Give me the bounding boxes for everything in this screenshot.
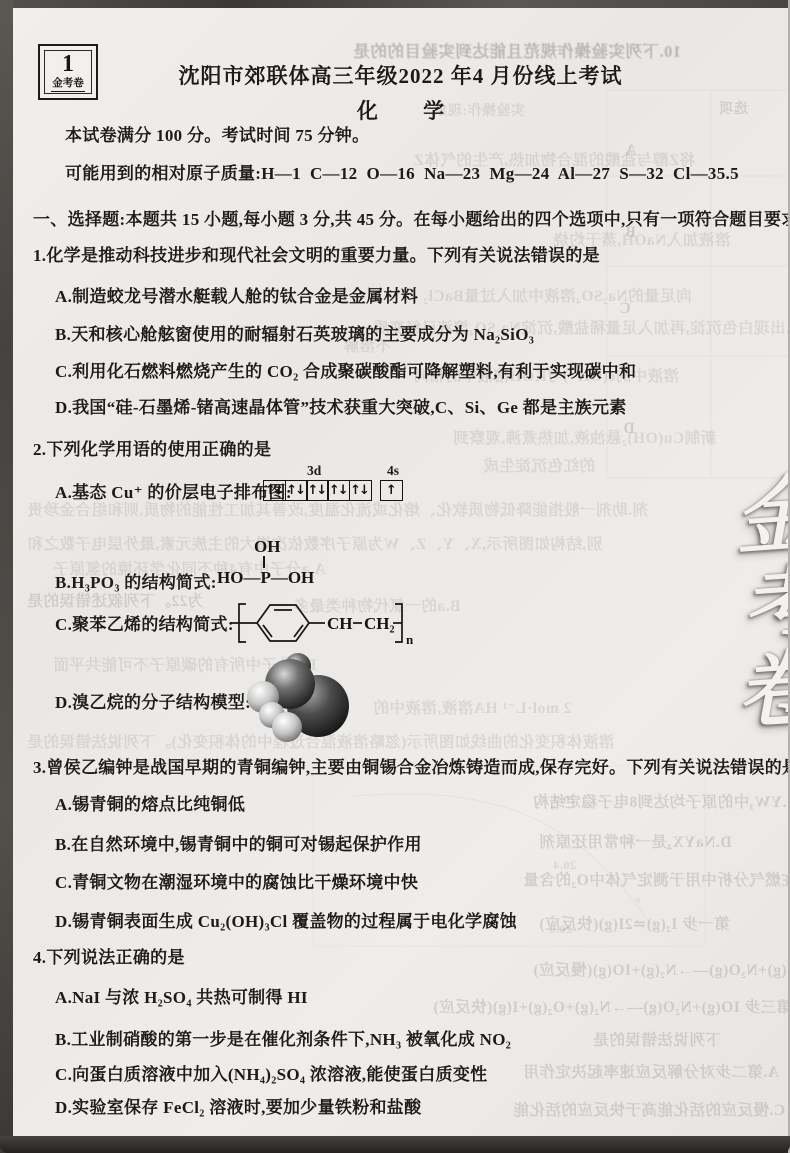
orbital-diagram: 3d 4s ↑↓ ↑↓ ↑↓ ↑↓ ↑↓ ↑ — [265, 463, 403, 501]
exam-page: 10.下列实验操作规范且能达到实验目的的是 实验操作:现象 选项 A 将Z醇与盐… — [13, 8, 788, 1136]
orbital-label-4s: 4s — [387, 463, 399, 479]
question-4-option-a: A.NaI 与浓 H₂SO₄ 共热可制得 HI — [55, 983, 308, 1008]
structure-h3po3: OH HO—P—OH — [217, 537, 347, 593]
question-3-stem: 3.曾侯乙编钟是战国早期的青铜编钟,主要由铜锡合金冶炼铸造而成,保存完好。下列有… — [33, 753, 790, 778]
bleed-through-text: 下列说法错误的是 — [593, 1028, 721, 1050]
bleed-through-text: 10.下列实验操作规范且能达到实验目的的是 — [353, 38, 681, 62]
poly-ch2-label: CH₂ — [364, 614, 395, 633]
bleed-through-text: 2 mol·L⁻¹ HA溶液,溶液中的 — [373, 696, 571, 718]
question-1-option-a: A.制造蛟龙号潜水艇载人舱的钛合金是金属材料 — [55, 282, 418, 307]
poly-ch-label: CH — [327, 614, 353, 633]
orbital-boxes: ↑↓ ↑↓ ↑↓ ↑↓ ↑↓ ↑ — [265, 480, 403, 501]
exam-info: 本试卷满分 100 分。考试时间 75 分钟。 — [65, 121, 369, 146]
bleed-through-text: C.慢反应的活化能高于快反应的活化能 — [513, 1098, 785, 1120]
bleed-through-text: 的红色沉淀生成 — [483, 454, 595, 476]
question-3-option-d: D.锡青铜表面生成 Cu₂(OH)₃Cl 覆盖物的过程属于电化学腐蚀 — [55, 907, 517, 932]
h3po3-vertical-bond — [263, 556, 265, 568]
orbital-box: ↑↓ — [285, 480, 308, 501]
orbital-box: ↑↓ — [263, 480, 286, 501]
question-2-option-c: C.聚苯乙烯的结构简式: — [55, 610, 234, 635]
bleed-through-text: 20.0 — [549, 922, 572, 937]
orbital-labels: 3d 4s — [265, 463, 403, 478]
section-heading: 一、选择题:本题共 15 小题,每小题 3 分,共 45 分。在每小题给出的四个… — [33, 205, 790, 230]
orbital-box: ↑ — [380, 480, 403, 501]
question-2-option-b: B.H₃PO₃ 的结构简式: — [55, 568, 217, 593]
bleed-through-text: D.NaYX₄是一种常用还原剂 — [539, 830, 732, 852]
question-3-option-c: C.青铜文物在潮湿环境中的腐蚀比干燥环境中快 — [55, 868, 418, 893]
molecular-model-bromoethane — [246, 650, 352, 750]
orbital-label-3d: 3d — [307, 463, 321, 479]
question-2-option-d: D.溴乙烷的分子结构模型: — [55, 688, 251, 713]
bleed-through-text: 第三步 IO(g)+N₂O(g)―→N₂(g)+O₂(g)+I(g)(快反应) — [433, 995, 790, 1017]
bleed-through-text: 第二步 I(g)+N₂O(g)―→N₂(g)+IO(g)(慢反应) — [533, 958, 790, 980]
h3po3-oh-top: OH — [254, 537, 280, 557]
question-1-option-d: D.我国“硅-石墨烯-锗高速晶体管”技术获重大突破,C、Si、Ge 都是主族元素 — [55, 393, 627, 418]
scanned-exam-photo: 10.下列实验操作规范且能达到实验目的的是 实验操作:现象 选项 A 将Z醇与盐… — [0, 0, 790, 1153]
bleed-through-text: A.第二步对分解反应速率起决定作用 — [523, 1060, 779, 1082]
question-3-option-a: A.锡青铜的熔点比纯铜低 — [55, 790, 245, 815]
model-sphere-hydrogen — [272, 712, 302, 742]
page-edge-bottom — [0, 1136, 790, 1153]
bleed-through-text: 20.4 — [553, 858, 576, 873]
question-4-option-b: B.工业制硝酸的第一步是在催化剂条件下,NH₃ 被氧化成 NO₂ — [55, 1025, 511, 1050]
question-1-option-c: C.利用化石燃料燃烧产生的 CO₂ 合成聚碳酸酯可降解塑料,有利于实现碳中和 — [55, 357, 636, 382]
question-2-option-a: A.基态 Cu⁺ 的价层电子排布图: — [55, 478, 292, 503]
watermark-jinkaojuan-char2: 考 — [740, 561, 790, 649]
question-4-stem: 4.下列说法正确的是 — [33, 943, 185, 968]
h3po3-main-row: HO—P—OH — [217, 568, 314, 588]
bleed-through-text: 新制Cu(OH)₂悬浊液,加热煮沸,观察到 — [453, 426, 716, 448]
bleed-through-text: 20.8 — [553, 792, 576, 807]
watermark-jinkaojuan-char3: 卷 — [734, 647, 790, 735]
bleed-through-text: C — [619, 300, 631, 318]
question-2-stem: 2.下列化学用语的使用正确的是 — [33, 435, 271, 460]
orbital-box: ↑↓ — [306, 480, 329, 501]
bleed-through-text: 向足量的Na₂SO₄溶液中加入过量BaCl₂ — [423, 284, 692, 306]
question-1-option-b: B.天和核心舱舷窗使用的耐辐射石英玻璃的主要成分为 Na₂SiO₃ — [55, 320, 534, 345]
orbital-box: ↑↓ — [327, 480, 350, 501]
question-3-option-b: B.在自然环境中,锡青铜中的铜可对锡起保护作用 — [55, 830, 422, 855]
page-edge-top — [0, 0, 790, 8]
structure-polystyrene: CH CH₂ n — [231, 598, 426, 648]
orbital-box: ↑↓ — [349, 480, 372, 501]
question-4-option-c: C.向蛋白质溶液中加入(NH₄)₂SO₄ 浓溶液,能使蛋白质变性 — [55, 1060, 487, 1085]
question-4-option-d: D.实验室保存 FeCl₂ 溶液时,要加少量铁粉和盐酸 — [55, 1093, 421, 1118]
poly-subscript-n: n — [406, 632, 414, 647]
question-1-stem: 1.化学是推动科技进步和现代社会文明的重要力量。下列有关说法错误的是 — [33, 241, 600, 266]
page-edge-left — [0, 0, 13, 1153]
watermark-jinkaojuan-char1: 金 — [732, 473, 790, 561]
page-title: 沈阳市郊联体高三年级2022 年4 月份线上考试 — [13, 60, 788, 90]
atomic-mass-note: 可能用到的相对原子质量:H—1 C—12 O—16 Na—23 Mg—24 Al… — [65, 159, 739, 184]
